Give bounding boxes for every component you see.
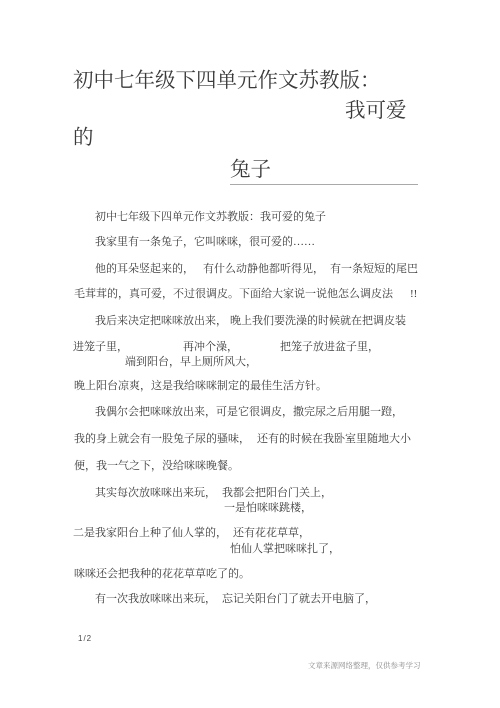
text-segment: 的 — [73, 128, 94, 149]
text-segment: 我偶尔会把咪咪放出来，可是它很调皮，撒完尿之后用腿一蹬， — [95, 407, 403, 418]
text-segment: 一是怕咪咪跳楼， — [224, 503, 312, 514]
text-segment: 晚上我们要洗澡的时候就在把调皮装 — [230, 316, 406, 327]
text-segment: 我后来决定把咪咪放出来， — [95, 316, 227, 327]
text-segment: 有一次我放咪咪出来玩， — [95, 594, 216, 605]
page-number: 1/2 — [78, 635, 92, 643]
text-segment: 有一条短短的尾巴 — [330, 264, 418, 275]
document-page: 初中七年级下四单元作文苏教版：我可爱的兔子 初中七年级下四单元作文苏教版：我可爱… — [0, 0, 500, 708]
text-segment: 我的身上就会有一股兔子尿的骚味， — [74, 434, 250, 445]
text-segment: 毛茸茸的，真可爱，不过很调皮。下面给大家说一说他怎么调皮法 — [74, 289, 393, 300]
text-segment: 有什么动静他都听得见， — [203, 264, 324, 275]
title-underline — [230, 184, 418, 185]
text-segment: 忘记关阳台门了就去开电脑了， — [222, 594, 376, 605]
text-segment: 怕仙人掌把咪咪扎了， — [230, 544, 340, 555]
text-segment: 晚上阳台凉爽，这是我给咪咪制定的最佳生活方针。 — [74, 381, 327, 392]
text-segment: 初中七年级下四单元作文苏教版： — [73, 71, 381, 92]
text-segment: 初中七年级下四单元作文苏教版：我可爱的兔子 — [95, 212, 326, 223]
text-segment: 兔子 — [230, 160, 271, 181]
text-segment: 还有的时候在我卧室里随地大小 — [257, 434, 411, 445]
text-segment: 他的耳朵竖起来的， — [95, 264, 194, 275]
text-segment: 其实每次放咪咪出来玩， — [95, 488, 216, 499]
text-segment: 把笼子放进盆子里， — [280, 342, 379, 353]
text-segment: 再冲个澡， — [183, 342, 238, 353]
text-segment: 二是我家阳台上种了仙人掌的， — [73, 528, 227, 539]
text-segment: 咪咪还会把我种的花花草草吃了的。 — [74, 569, 250, 580]
text-segment: !! — [410, 289, 417, 300]
text-segment: 进笼子里， — [73, 342, 128, 353]
text-segment: 便，我一气之下，没给咪咪晚餐。 — [74, 461, 239, 472]
text-segment: 还有花花草草， — [233, 528, 310, 539]
text-segment: 端到阳台，早上厕所风大， — [125, 357, 257, 368]
text-segment: 我都会把阳台门关上， — [222, 488, 332, 499]
text-segment: 我家里有一条兔子，它叫咪咪，很可爱的…… — [95, 237, 315, 248]
text-segment: 我可爱 — [345, 101, 407, 122]
footer-note: 文章来源网络整理，仅供参考学习 — [308, 662, 421, 670]
